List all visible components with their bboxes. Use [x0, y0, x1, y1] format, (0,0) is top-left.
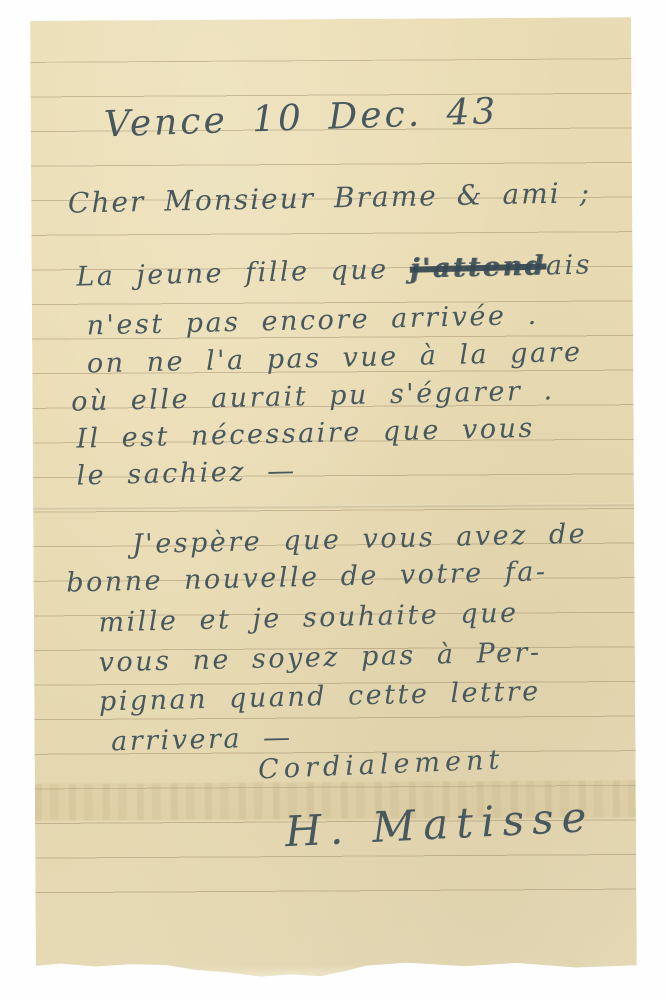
body-line: bonne nouvelle de votre fa- [66, 556, 548, 598]
body-line-text: ais [546, 249, 593, 281]
signature: H. Matisse [284, 792, 596, 856]
body-line-text: La jeune fille que [76, 254, 410, 293]
torn-bottom-edge [116, 965, 416, 979]
body-line: le sachiez — [76, 455, 297, 491]
body-line: vous ne soyez pas à Per- [98, 637, 542, 678]
closing-line: Cordialement [257, 744, 504, 785]
body-line: pignan quand cette lettre [99, 676, 541, 717]
fold-crease [33, 503, 634, 511]
letter-paper: Vence 10 Dec. 43 Cher Monsieur Brame & a… [30, 17, 637, 979]
body-line: Il est nécessaire que vous [76, 413, 535, 455]
body-line: on ne l'a pas vue à la gare [87, 337, 583, 380]
body-line: n'est pas encore arrivée . [86, 300, 539, 342]
body-line: La jeune fille que j'attendais [76, 249, 592, 292]
body-line: mille et je souhaite que [98, 598, 519, 639]
body-line: arrivera — [111, 722, 293, 757]
scanned-letter-view: Vence 10 Dec. 43 Cher Monsieur Brame & a… [0, 0, 666, 1000]
body-line: J'espère que vous avez de [132, 519, 588, 561]
body-line: où elle aurait pu s'égarer . [71, 375, 555, 417]
salutation-line: Cher Monsieur Brame & ami ; [68, 176, 592, 219]
date-line: Vence 10 Dec. 43 [103, 91, 499, 145]
struck-word: j'attend [409, 251, 546, 285]
